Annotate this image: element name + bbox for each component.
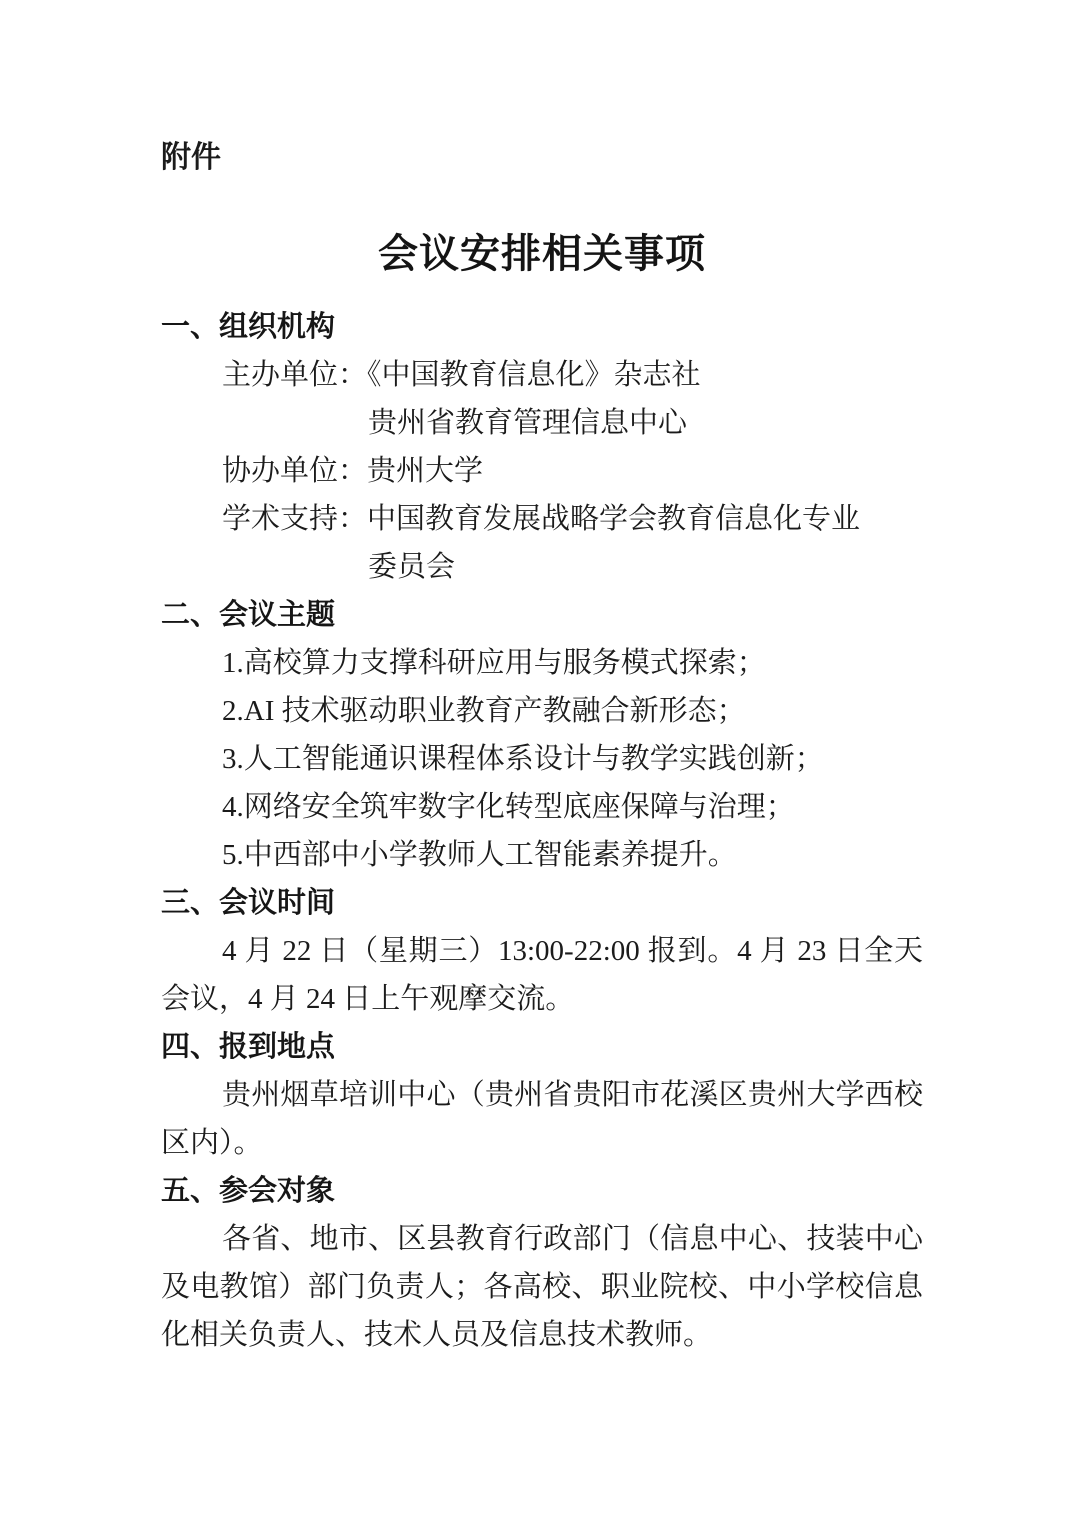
line-location-2: 区内）。 [161,1119,923,1167]
line-host-organizer-2: 贵州省教育管理信息中心 [161,399,923,447]
heading-time: 三、会议时间 [161,879,923,927]
line-topic-3: 3.人工智能通识课程体系设计与教学实践创新； [161,735,923,783]
line-topic-4: 4.网络安全筑牢数字化转型底座保障与治理； [161,783,923,831]
line-time-2: 会议，4 月 24 日上午观摩交流。 [161,975,923,1023]
line-academic-support-2: 委员会 [161,543,923,591]
document-page: 附件 会议安排相关事项 一、组织机构 主办单位：《中国教育信息化》杂志社 贵州省… [0,0,1080,1527]
line-location-1: 贵州烟草培训中心（贵州省贵阳市花溪区贵州大学西校 [161,1071,923,1119]
line-topic-2: 2.AI 技术驱动职业教育产教融合新形态； [161,687,923,735]
line-attendees-2: 及电教馆）部门负责人；各高校、职业院校、中小学校信息 [161,1263,923,1311]
attachment-label: 附件 [161,137,923,179]
line-time-1: 4 月 22 日（星期三）13:00-22:00 报到。4 月 23 日全天 [161,927,923,975]
document-body: 一、组织机构 主办单位：《中国教育信息化》杂志社 贵州省教育管理信息中心 协办单… [161,303,923,1359]
line-topic-5: 5.中西部中小学教师人工智能素养提升。 [161,831,923,879]
heading-attendees: 五、参会对象 [161,1167,923,1215]
line-topic-1: 1.高校算力支撑科研应用与服务模式探索； [161,639,923,687]
line-host-organizer: 主办单位：《中国教育信息化》杂志社 [161,351,923,399]
line-attendees-3: 化相关负责人、技术人员及信息技术教师。 [161,1311,923,1359]
heading-topics: 二、会议主题 [161,591,923,639]
document-title: 会议安排相关事项 [161,223,923,285]
heading-location: 四、报到地点 [161,1023,923,1071]
line-co-organizer: 协办单位：贵州大学 [161,447,923,495]
line-attendees-1: 各省、地市、区县教育行政部门（信息中心、技装中心 [161,1215,923,1263]
heading-organization: 一、组织机构 [161,303,923,351]
line-academic-support: 学术支持：中国教育发展战略学会教育信息化专业 [161,495,923,543]
